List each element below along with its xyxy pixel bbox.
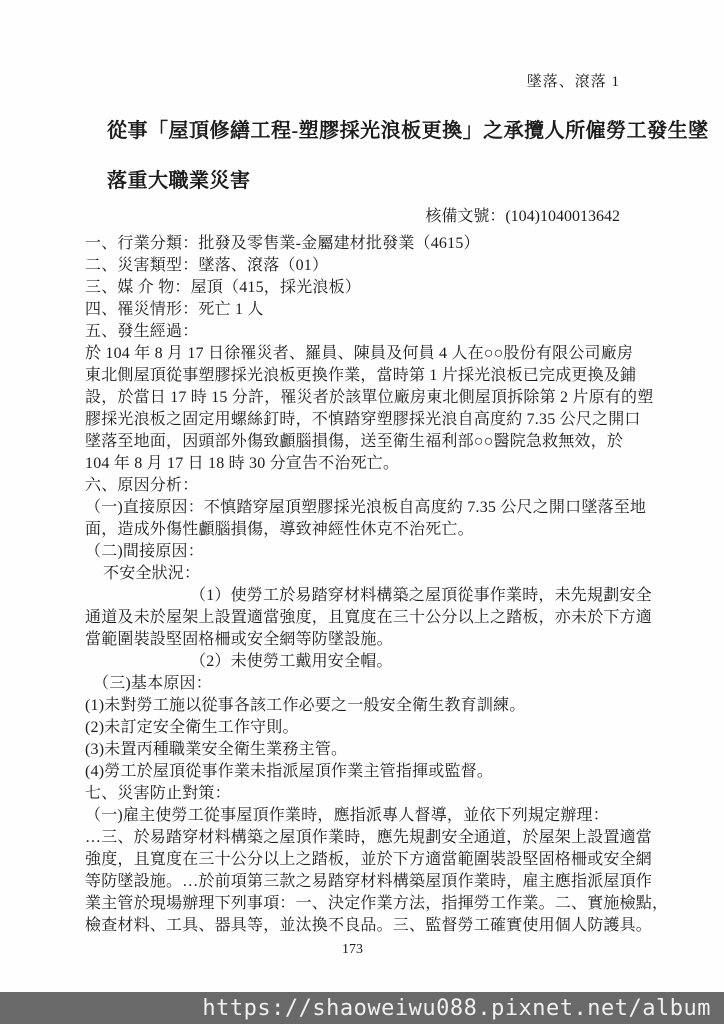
text-line: …三、於易踏穿材料構築之屋頂作業時，應先規劃安全通道，於屋架上設置適當 [85,827,620,849]
document-body: 一、行業分類：批發及零售業-金屬建材批發業（4615）二、災害類型：墜落、滾落（… [85,233,620,937]
text-line: 當範圍裝設堅固格柵或安全網等防墜設施。 [85,629,620,651]
title-line: 從事「屋頂修繕工程-塑膠採光浪板更換」之承攬人所僱勞工發生墜 [107,106,620,156]
text-line: 東北側屋頂從事塑膠採光浪板更換作業，當時第 1 片採光浪板已完成更換及鋪 [85,365,620,387]
text-line: 四、罹災情形：死亡 1 人 [85,299,620,321]
document-title: 從事「屋頂修繕工程-塑膠採光浪板更換」之承攬人所僱勞工發生墜落重大職業災害 [85,106,620,206]
text-line: （一)直接原因：不慎踏穿屋頂塑膠採光浪板自高度約 7.35 公尺之開口墜落至地 [85,497,620,519]
text-line: 二、災害類型：墜落、滾落（01） [85,255,620,277]
text-line: 檢查材料、工具、器具等，並汰換不良品。三、監督勞工確實使用個人防護具。 [85,915,620,937]
text-line: 通道及未於屋架上設置適當強度，且寬度在三十公分以上之踏板，亦未於下方適 [85,607,620,629]
text-line: 於 104 年 8 月 17 日徐罹災者、羅員、陳員及何員 4 人在○○股份有限… [85,343,620,365]
reference-number: 核備文號：(104)1040013642 [85,206,620,228]
text-line: 104 年 8 月 17 日 18 時 30 分宣告不治死亡。 [85,453,620,475]
page-number: 173 [85,939,620,961]
page-header-category: 墜落、滾落 1 [85,72,620,92]
text-line: （二)間接原因： [85,541,620,563]
text-line: 六、原因分析： [85,475,620,497]
text-line: （一)雇主使勞工從事屋頂作業時，應指派專人督導，並依下列規定辦理： [85,805,620,827]
text-line: 設，於當日 17 時 15 分許，罹災者於該單位廠房東北側屋頂拆除第 2 片原有… [85,387,620,409]
text-line: 業主管於現場辦理下列事項：一、決定作業方法，指揮勞工作業。二、實施檢點， [85,893,620,915]
text-line: (1)未對勞工施以從事各該工作必要之一般安全衛生教育訓練。 [85,695,620,717]
text-line: 五、發生經過： [85,321,620,343]
text-line: （2）未使勞工戴用安全帽。 [85,651,620,673]
text-line: 強度，且寬度在三十公分以上之踏板，並於下方適當範圍裝設堅固格柵或安全網 [85,849,620,871]
document-page: 墜落、滾落 1 從事「屋頂修繕工程-塑膠採光浪板更換」之承攬人所僱勞工發生墜落重… [0,0,724,1024]
text-line: （三)基本原因： [85,673,620,695]
text-line: 七、災害防止對策： [85,783,620,805]
text-line: 等防墜設施。…於前項第三款之易踏穿材料構築屋頂作業時，雇主應指派屋頂作 [85,871,620,893]
text-line: 一、行業分類：批發及零售業-金屬建材批發業（4615） [85,233,620,255]
text-line: 墜落至地面，因頭部外傷致顱腦損傷，送至衛生福利部○○醫院急救無效，於 [85,431,620,453]
text-line: (3)未置丙種職業安全衛生業務主管。 [85,739,620,761]
text-line: (4)勞工於屋頂從事作業未指派屋頂作業主管指揮或監督。 [85,761,620,783]
watermark-bar: https://shaoweiwu088.pixnet.net/album [0,992,724,1024]
title-line: 落重大職業災害 [107,156,620,206]
text-line: 不安全狀況： [85,563,620,585]
text-line: 三、媒 介 物：屋頂（415，採光浪板） [85,277,620,299]
text-line: (2)未訂定安全衛生工作守則。 [85,717,620,739]
text-line: 膠採光浪板之固定用螺絲釘時，不慎踏穿塑膠採光浪自高度約 7.35 公尺之開口 [85,409,620,431]
text-line: （1）使勞工於易踏穿材料構築之屋頂從事作業時，未先規劃安全 [85,585,620,607]
text-line: 面，造成外傷性顱腦損傷，導致神經性休克不治死亡。 [85,519,620,541]
watermark-url: https://shaoweiwu088.pixnet.net/album [202,996,711,1021]
